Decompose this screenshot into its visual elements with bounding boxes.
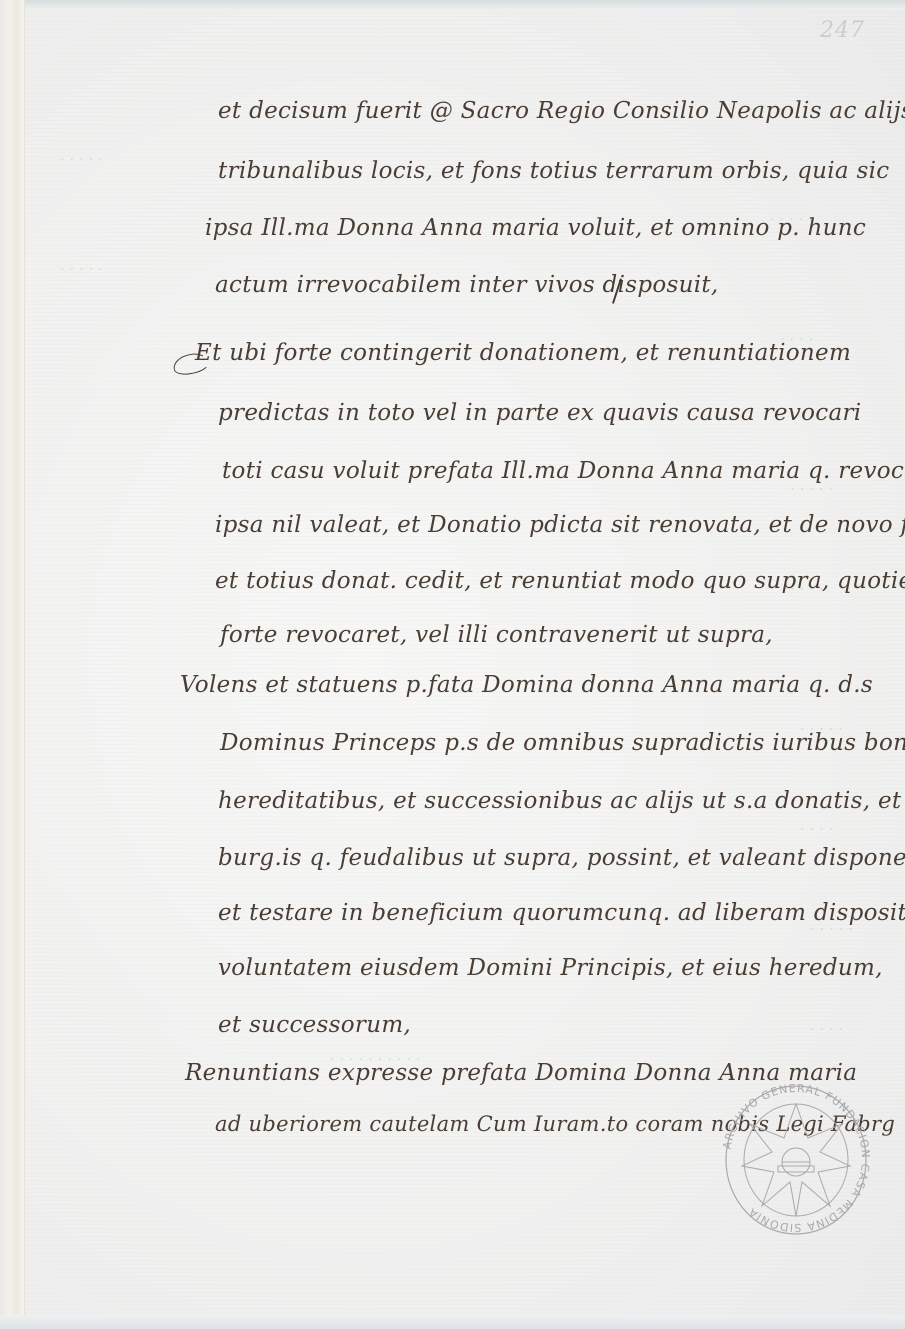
text-line: Et ubi forte contingerit donationem, et …	[195, 340, 851, 366]
manuscript-page: 247 · · · · · · · · · · · · · · · · · · …	[0, 0, 905, 1329]
text-line: hereditatibus, et successionibus ac alij…	[218, 788, 905, 814]
archive-stamp: ARCHIVO GENERAL FUNDACION CASA MEDINA SI…	[712, 1074, 880, 1242]
text-line: et successorum,	[218, 1012, 411, 1038]
text-line: ipsa nil valeat, et Donatio pdicta sit r…	[215, 512, 905, 538]
text-line: ipsa Ill.ma Donna Anna maria voluit, et …	[205, 215, 866, 241]
text-line: burg.is q. feudalibus ut supra, possint,…	[218, 845, 905, 871]
text-line: forte revocaret, vel illi contravenerit …	[220, 622, 773, 648]
text-line: et totius donat. cedit, et renuntiat mod…	[215, 568, 905, 594]
text-line: actum irrevocabilem inter vivos disposui…	[215, 272, 719, 298]
text-line: Volens et statuens p.fata Domina donna A…	[180, 672, 873, 698]
archive-seal-icon: ARCHIVO GENERAL FUNDACION CASA MEDINA SI…	[712, 1074, 880, 1242]
text-line: et testare in beneficium quorumcunq. ad …	[218, 900, 905, 926]
text-line: tribunalibus locis, et fons totius terra…	[218, 158, 889, 184]
text-line: voluntatem eiusdem Domini Principis, et …	[218, 955, 883, 981]
text-line: predictas in toto vel in parte ex quavis…	[218, 400, 861, 426]
text-line: Dominus Princeps p.s de omnibus supradic…	[220, 730, 905, 756]
text-line: toti casu voluit prefata Ill.ma Donna An…	[222, 458, 905, 484]
text-line: et decisum fuerit @ Sacro Regio Consilio…	[218, 98, 905, 124]
